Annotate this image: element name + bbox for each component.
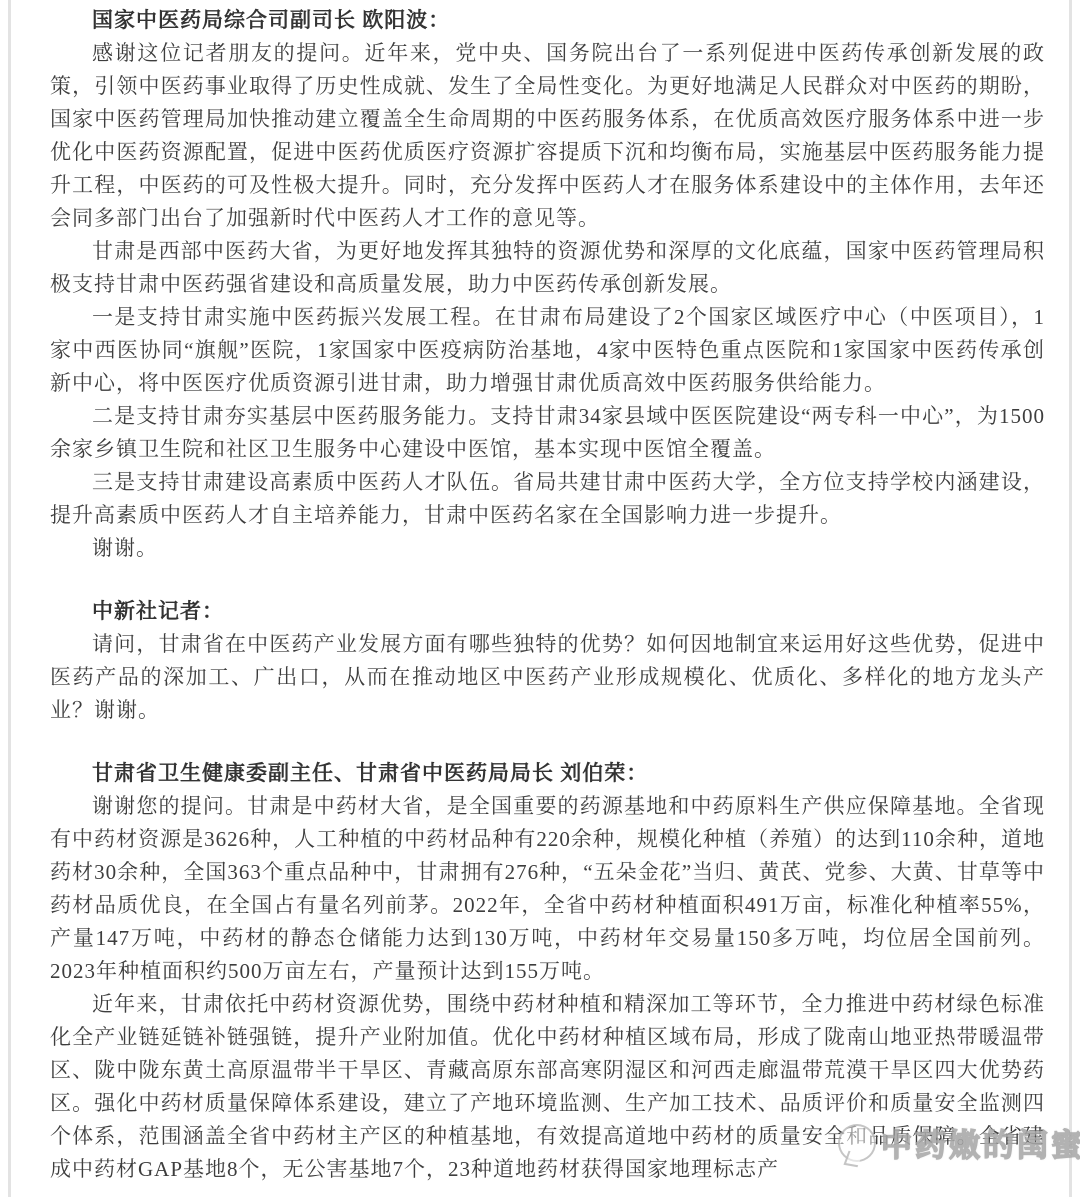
paragraph: 三是支持甘肃建设高素质中医药人才队伍。省局共建甘肃中医药大学，全方位支持学校内涵… xyxy=(50,466,1045,532)
qa-block-answer-liuborong: 甘肃省卫生健康委副主任、甘肃省中医药局局长 刘伯荣： 谢谢您的提问。甘肃是中药材… xyxy=(50,757,1045,1186)
paragraph: 请问，甘肃省在中医药产业发展方面有哪些独特的优势？如何因地制宜来运用好这些优势，… xyxy=(50,628,1045,727)
speaker-heading: 甘肃省卫生健康委副主任、甘肃省中医药局局长 刘伯荣： xyxy=(50,757,1045,790)
qa-block-question-cns: 中新社记者： 请问，甘肃省在中医药产业发展方面有哪些独特的优势？如何因地制宜来运… xyxy=(50,595,1045,727)
paragraph: 近年来，甘肃依托中药材资源优势，围绕中药材种植和精深加工等环节，全力推进中药材绿… xyxy=(50,988,1045,1186)
paragraph: 一是支持甘肃实施中医药振兴发展工程。在甘肃布局建设了2个国家区域医疗中心（中医项… xyxy=(50,301,1045,400)
article-content: 国家中医药局综合司副司长 欧阳波： 感谢这位记者朋友的提问。近年来，党中央、国务… xyxy=(50,0,1045,1186)
paragraph: 二是支持甘肃夯实基层中医药服务能力。支持甘肃34家县域中医医院建设“两专科一中心… xyxy=(50,400,1045,466)
speaker-heading: 国家中医药局综合司副司长 欧阳波： xyxy=(50,4,1045,37)
paragraph: 感谢这位记者朋友的提问。近年来，党中央、国务院出台了一系列促进中医药传承创新发展… xyxy=(50,37,1045,235)
left-page-edge xyxy=(8,0,11,1197)
right-page-edge xyxy=(1069,0,1072,1197)
article-page: 国家中医药局综合司副司长 欧阳波： 感谢这位记者朋友的提问。近年来，党中央、国务… xyxy=(0,0,1080,1197)
paragraph: 甘肃是西部中医药大省，为更好地发挥其独特的资源优势和深厚的文化底蕴，国家中医药管… xyxy=(50,235,1045,301)
paragraph: 谢谢您的提问。甘肃是中药材大省，是全国重要的药源基地和中药原料生产供应保障基地。… xyxy=(50,790,1045,988)
qa-block-answer-ouyangbo: 国家中医药局综合司副司长 欧阳波： 感谢这位记者朋友的提问。近年来，党中央、国务… xyxy=(50,4,1045,565)
speaker-heading: 中新社记者： xyxy=(50,595,1045,628)
paragraph-thanks: 谢谢。 xyxy=(50,532,1045,565)
